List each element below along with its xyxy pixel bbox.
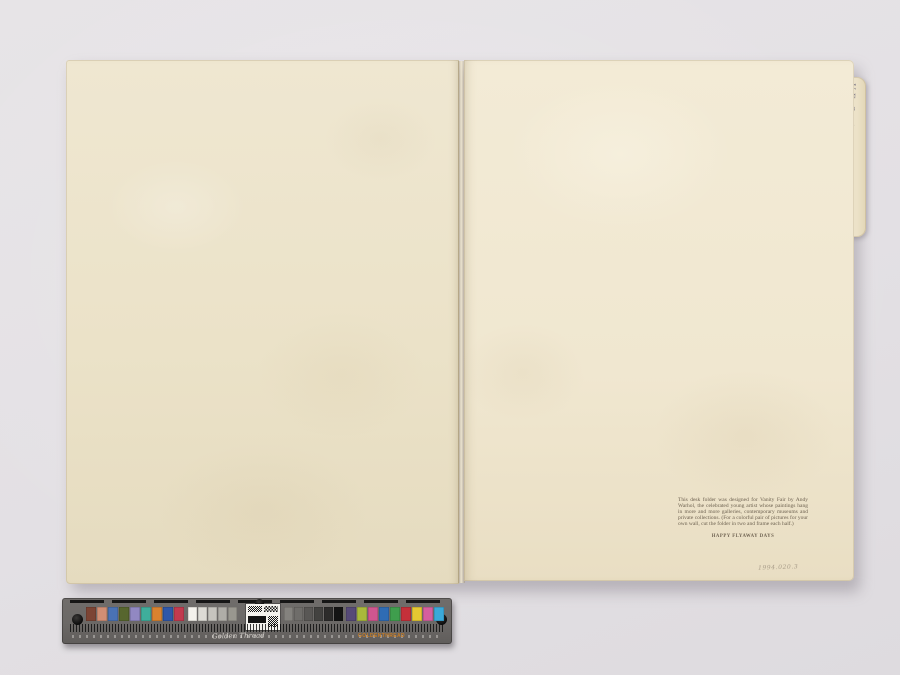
swatch-row-dark-ramp xyxy=(284,607,344,621)
color-patch xyxy=(119,607,129,621)
color-patch xyxy=(294,607,303,621)
color-patch xyxy=(324,607,333,621)
ruler-brand-text: GOLDENTHREAD xyxy=(358,633,405,639)
swatch-row-right-colors xyxy=(346,607,445,621)
desk-folder: V.F. Spring W. Miller Price List This de… xyxy=(66,60,854,588)
color-calibration-ruler: Golden Thread GOLDENTHREAD xyxy=(62,598,452,644)
color-patch xyxy=(314,607,323,621)
color-patch xyxy=(304,607,313,621)
color-patch xyxy=(208,607,217,621)
colophon-tagline: HAPPY FLYAWAY DAYS xyxy=(678,534,808,539)
color-patch xyxy=(188,607,197,621)
photo-background: V.F. Spring W. Miller Price List This de… xyxy=(0,0,900,675)
color-patch xyxy=(152,607,162,621)
swatch-row-gray-ramp xyxy=(188,607,238,621)
printed-colophon: This desk folder was designed for Vanity… xyxy=(678,498,808,539)
target-black-bar xyxy=(248,616,266,623)
folder-right-page: This desk folder was designed for Vanity… xyxy=(464,60,854,581)
color-patch xyxy=(346,607,356,621)
accession-number: 1994.020.3 xyxy=(758,563,799,571)
color-patch xyxy=(228,607,237,621)
color-patch xyxy=(368,607,378,621)
color-patch xyxy=(334,607,343,621)
color-patch xyxy=(284,607,293,621)
color-patch xyxy=(163,607,173,621)
color-patch xyxy=(198,607,207,621)
checkerboard-pattern xyxy=(264,606,278,612)
color-patch xyxy=(141,607,151,621)
color-patch xyxy=(379,607,389,621)
color-patch xyxy=(174,607,184,621)
color-patch xyxy=(108,607,118,621)
color-patch xyxy=(97,607,107,621)
ruler-script-text: Golden Thread xyxy=(212,632,265,641)
colophon-paragraph: This desk folder was designed for Vanity… xyxy=(678,498,808,528)
folder-left-page xyxy=(66,60,459,584)
color-patch xyxy=(130,607,140,621)
color-patch xyxy=(401,607,411,621)
color-patch xyxy=(423,607,433,621)
color-patch xyxy=(218,607,227,621)
checkerboard-pattern xyxy=(248,606,262,612)
color-patch xyxy=(412,607,422,621)
color-patch xyxy=(434,607,444,621)
color-patch xyxy=(357,607,367,621)
color-patch xyxy=(86,607,96,621)
swatch-row-left-colors xyxy=(86,607,185,621)
color-patch xyxy=(390,607,400,621)
